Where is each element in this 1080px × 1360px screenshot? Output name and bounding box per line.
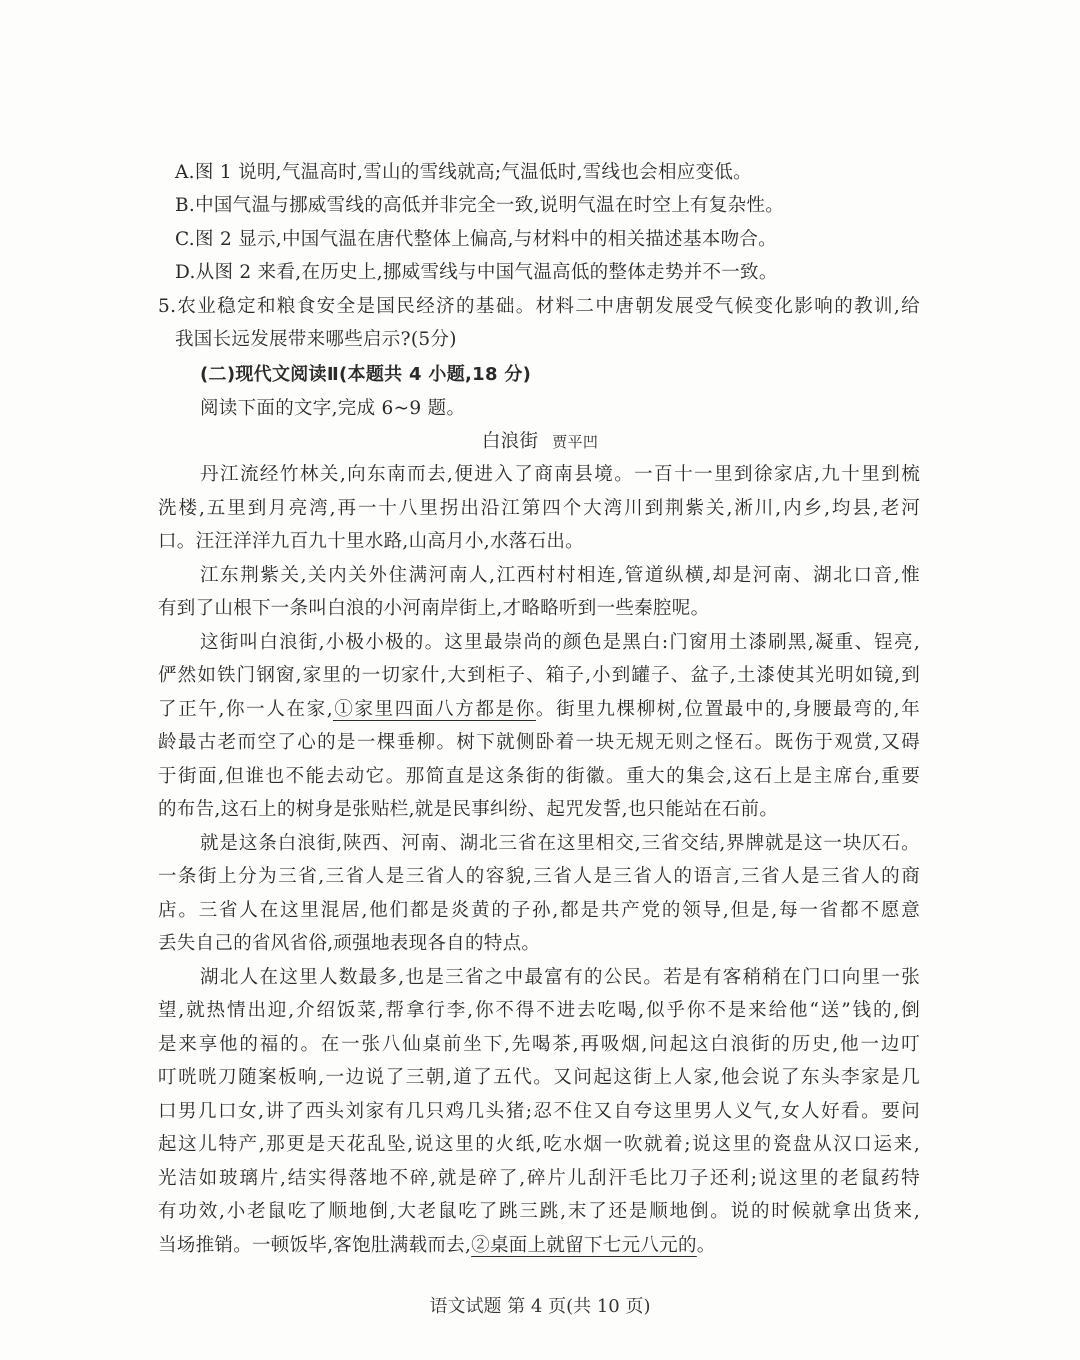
- question-5-line1: 5.农业稳定和粮食安全是国民经济的基础。材料二中唐朝发展受气候变化影响的教训,给: [158, 290, 920, 324]
- para-line: 了正午,你一人在家,①家里四面八方都是你。街里九棵柳树,位置最中的,身腰最弯的,…: [158, 693, 920, 727]
- underlined-phrase-1: ①家里四面八方都是你: [333, 699, 536, 720]
- para-line: 这街叫白浪街,小极小极的。这里最崇尚的颜色是黑白:门窗用土漆刷黑,凝重、锃亮,: [200, 626, 920, 660]
- para-line: 有功效,小老鼠吃了顺地倒,大老鼠吃了跳三跳,末了还是顺地倒。说的时候就拿出货来,: [158, 1195, 920, 1229]
- para-line: 洗楼,五里到月亮湾,再一十八里拐出沿江第四个大湾川到荆紫关,淅川,内乡,均县,老…: [158, 492, 920, 526]
- question-5-line2: 我国长远发展带来哪些启示?(5分): [175, 323, 457, 357]
- para-line: 一条街上分为三省,三省人是三省人的容貌,三省人是三省人的语言,三省人是三省人的商: [158, 860, 920, 894]
- para-line: 店。三省人在这里混居,他们都是炎黄的子孙,都是共产党的领导,但是,每一省都不愿意: [158, 894, 920, 928]
- option-c: C.图 2 显示,中国气温在唐代整体上偏高,与材料中的相关描述基本吻合。: [175, 223, 777, 257]
- article-author: 贾平凹: [552, 433, 598, 451]
- para-line: 俨然如铁门钢窗,家里的一切家什,大到柜子、箱子,小到罐子、盆子,土漆使其光明如镜…: [158, 659, 920, 693]
- page-footer: 语文试题 第 4 页(共 10 页): [0, 1292, 1080, 1318]
- section-heading: (二)现代文阅读Ⅱ(本题共 4 小题,18 分): [200, 358, 531, 392]
- para-line: 就是这条白浪街,陕西、河南、湖北三省在这里相交,三省交结,界牌就是这一块仄石。: [200, 827, 920, 861]
- para-line: 口。汪汪洋洋九百九十里水路,山高月小,水落石出。: [158, 525, 584, 559]
- para-line: 的布告,这石上的树身是张贴栏,就是民事纠纷、起咒发誓,也只能站在石前。: [158, 793, 778, 827]
- para-line: 丢失自己的省风省俗,顽强地表现各自的特点。: [158, 927, 540, 961]
- para-line: 叮咣咣刀随案板响,一边说了三朝,道了五代。又问起这街上人家,他会说了东头李家是几: [158, 1061, 920, 1095]
- para-line: 望,就热情出迎,介绍饭菜,帮拿行李,你不得不进去吃喝,似乎你不是来给他“送”钱的…: [158, 994, 920, 1028]
- article-title: 白浪街: [482, 431, 538, 452]
- para-line: 当场推销。一顿饭毕,客饱肚满载而去,②桌面上就留下七元八元的。: [158, 1229, 716, 1263]
- para-line: 是来享他的福的。在一张八仙桌前坐下,先喝茶,再吸烟,问起这白浪街的历史,他一边叮: [158, 1028, 920, 1062]
- option-d: D.从图 2 来看,在历史上,挪威雪线与中国气温高低的整体走势并不一致。: [175, 256, 778, 290]
- para-line: 丹江流经竹林关,向东南而去,便进入了商南县境。一百十一里到徐家店,九十里到梳: [200, 458, 920, 492]
- para-line: 于街面,但谁也不能去动它。那简直是这条街的街徽。重大的集会,这石上是主席台,重要: [158, 760, 920, 794]
- para-line: 龄最古老而空了心的是一棵垂柳。树下就侧卧着一块无规无则之怪石。既伤于观赏,又碍: [158, 726, 920, 760]
- underlined-phrase-2: ②桌面上就留下七元八元的: [471, 1235, 697, 1256]
- option-b: B.中国气温与挪威雪线的高低并非完全一致,说明气温在时空上有复杂性。: [175, 189, 784, 223]
- exam-page: A.图 1 说明,气温高时,雪山的雪线就高;气温低时,雪线也会相应变低。 B.中…: [0, 0, 1080, 1360]
- para-line: 口男几口女,讲了西头刘家有几只鸡几头猪;忍不住又自夸这里男人义气,女人好看。要问: [158, 1095, 920, 1129]
- para-line: 起这儿特产,那更是天花乱坠,说这里的火纸,吃水烟一吹就着;说这里的瓷盘从汉口运来…: [158, 1128, 920, 1162]
- para-line: 湖北人在这里人数最多,也是三省之中最富有的公民。若是有客稍稍在门口向里一张: [200, 961, 920, 995]
- article-title-row: 白浪街贾平凹: [0, 425, 1080, 460]
- para-line: 光洁如玻璃片,结实得落地不碎,就是碎了,碎片儿刮汗毛比刀子还利;说这里的老鼠药特: [158, 1162, 920, 1196]
- para-line: 江东荆紫关,关内关外住满河南人,江西村村相连,管道纵横,却是河南、湖北口音,惟: [200, 559, 920, 593]
- section-instruction: 阅读下面的文字,完成 6~9 题。: [200, 392, 465, 426]
- para-line: 有到了山根下一条叫白浪的小河南岸街上,才略略听到一些秦腔呢。: [158, 592, 709, 626]
- option-a: A.图 1 说明,气温高时,雪山的雪线就高;气温低时,雪线也会相应变低。: [175, 156, 752, 190]
